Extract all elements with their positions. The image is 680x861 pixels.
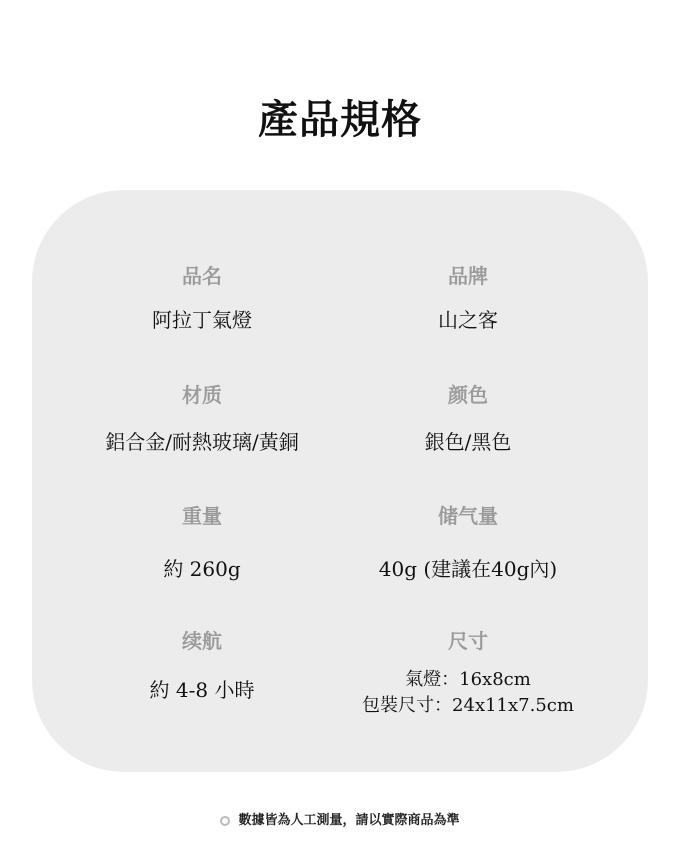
spec-card: 品名 阿拉丁氣燈 品牌 山之客 材质 鋁合金/耐熱玻璃/黃銅 颜色 銀色/黑色 … — [32, 190, 648, 772]
spec-value-gas-capacity: 40g (建議在40g內) — [318, 556, 618, 582]
spec-value-brand: 山之客 — [318, 307, 618, 333]
spec-value-size-lamp: 氣燈：16x8cm — [318, 667, 618, 693]
spec-label-weight: 重量 — [52, 500, 352, 529]
spec-label-size: 尺寸 — [318, 625, 618, 654]
spec-label-color: 颜色 — [318, 379, 618, 408]
spec-label-name: 品名 — [52, 260, 352, 289]
spec-label-runtime: 续航 — [52, 625, 352, 654]
spec-label-material: 材质 — [52, 379, 352, 408]
spec-label-gas-capacity: 储气量 — [318, 500, 618, 529]
page-title: 產品規格 — [0, 88, 680, 145]
spec-value-size-package: 包裝尺寸：24x11x7.5cm — [318, 693, 618, 719]
spec-label-brand: 品牌 — [318, 260, 618, 289]
copyright-circle-icon — [220, 816, 230, 826]
spec-value-color: 銀色/黑色 — [318, 429, 618, 455]
spec-value-runtime: 約 4-8 小時 — [52, 677, 352, 703]
disclaimer-footer: 數據皆為人工測量，請以實際商品為準 — [0, 809, 680, 828]
spec-value-weight: 約 260g — [52, 556, 352, 582]
spec-value-name: 阿拉丁氣燈 — [52, 307, 352, 333]
disclaimer-text: 數據皆為人工測量，請以實際商品為準 — [238, 813, 459, 828]
